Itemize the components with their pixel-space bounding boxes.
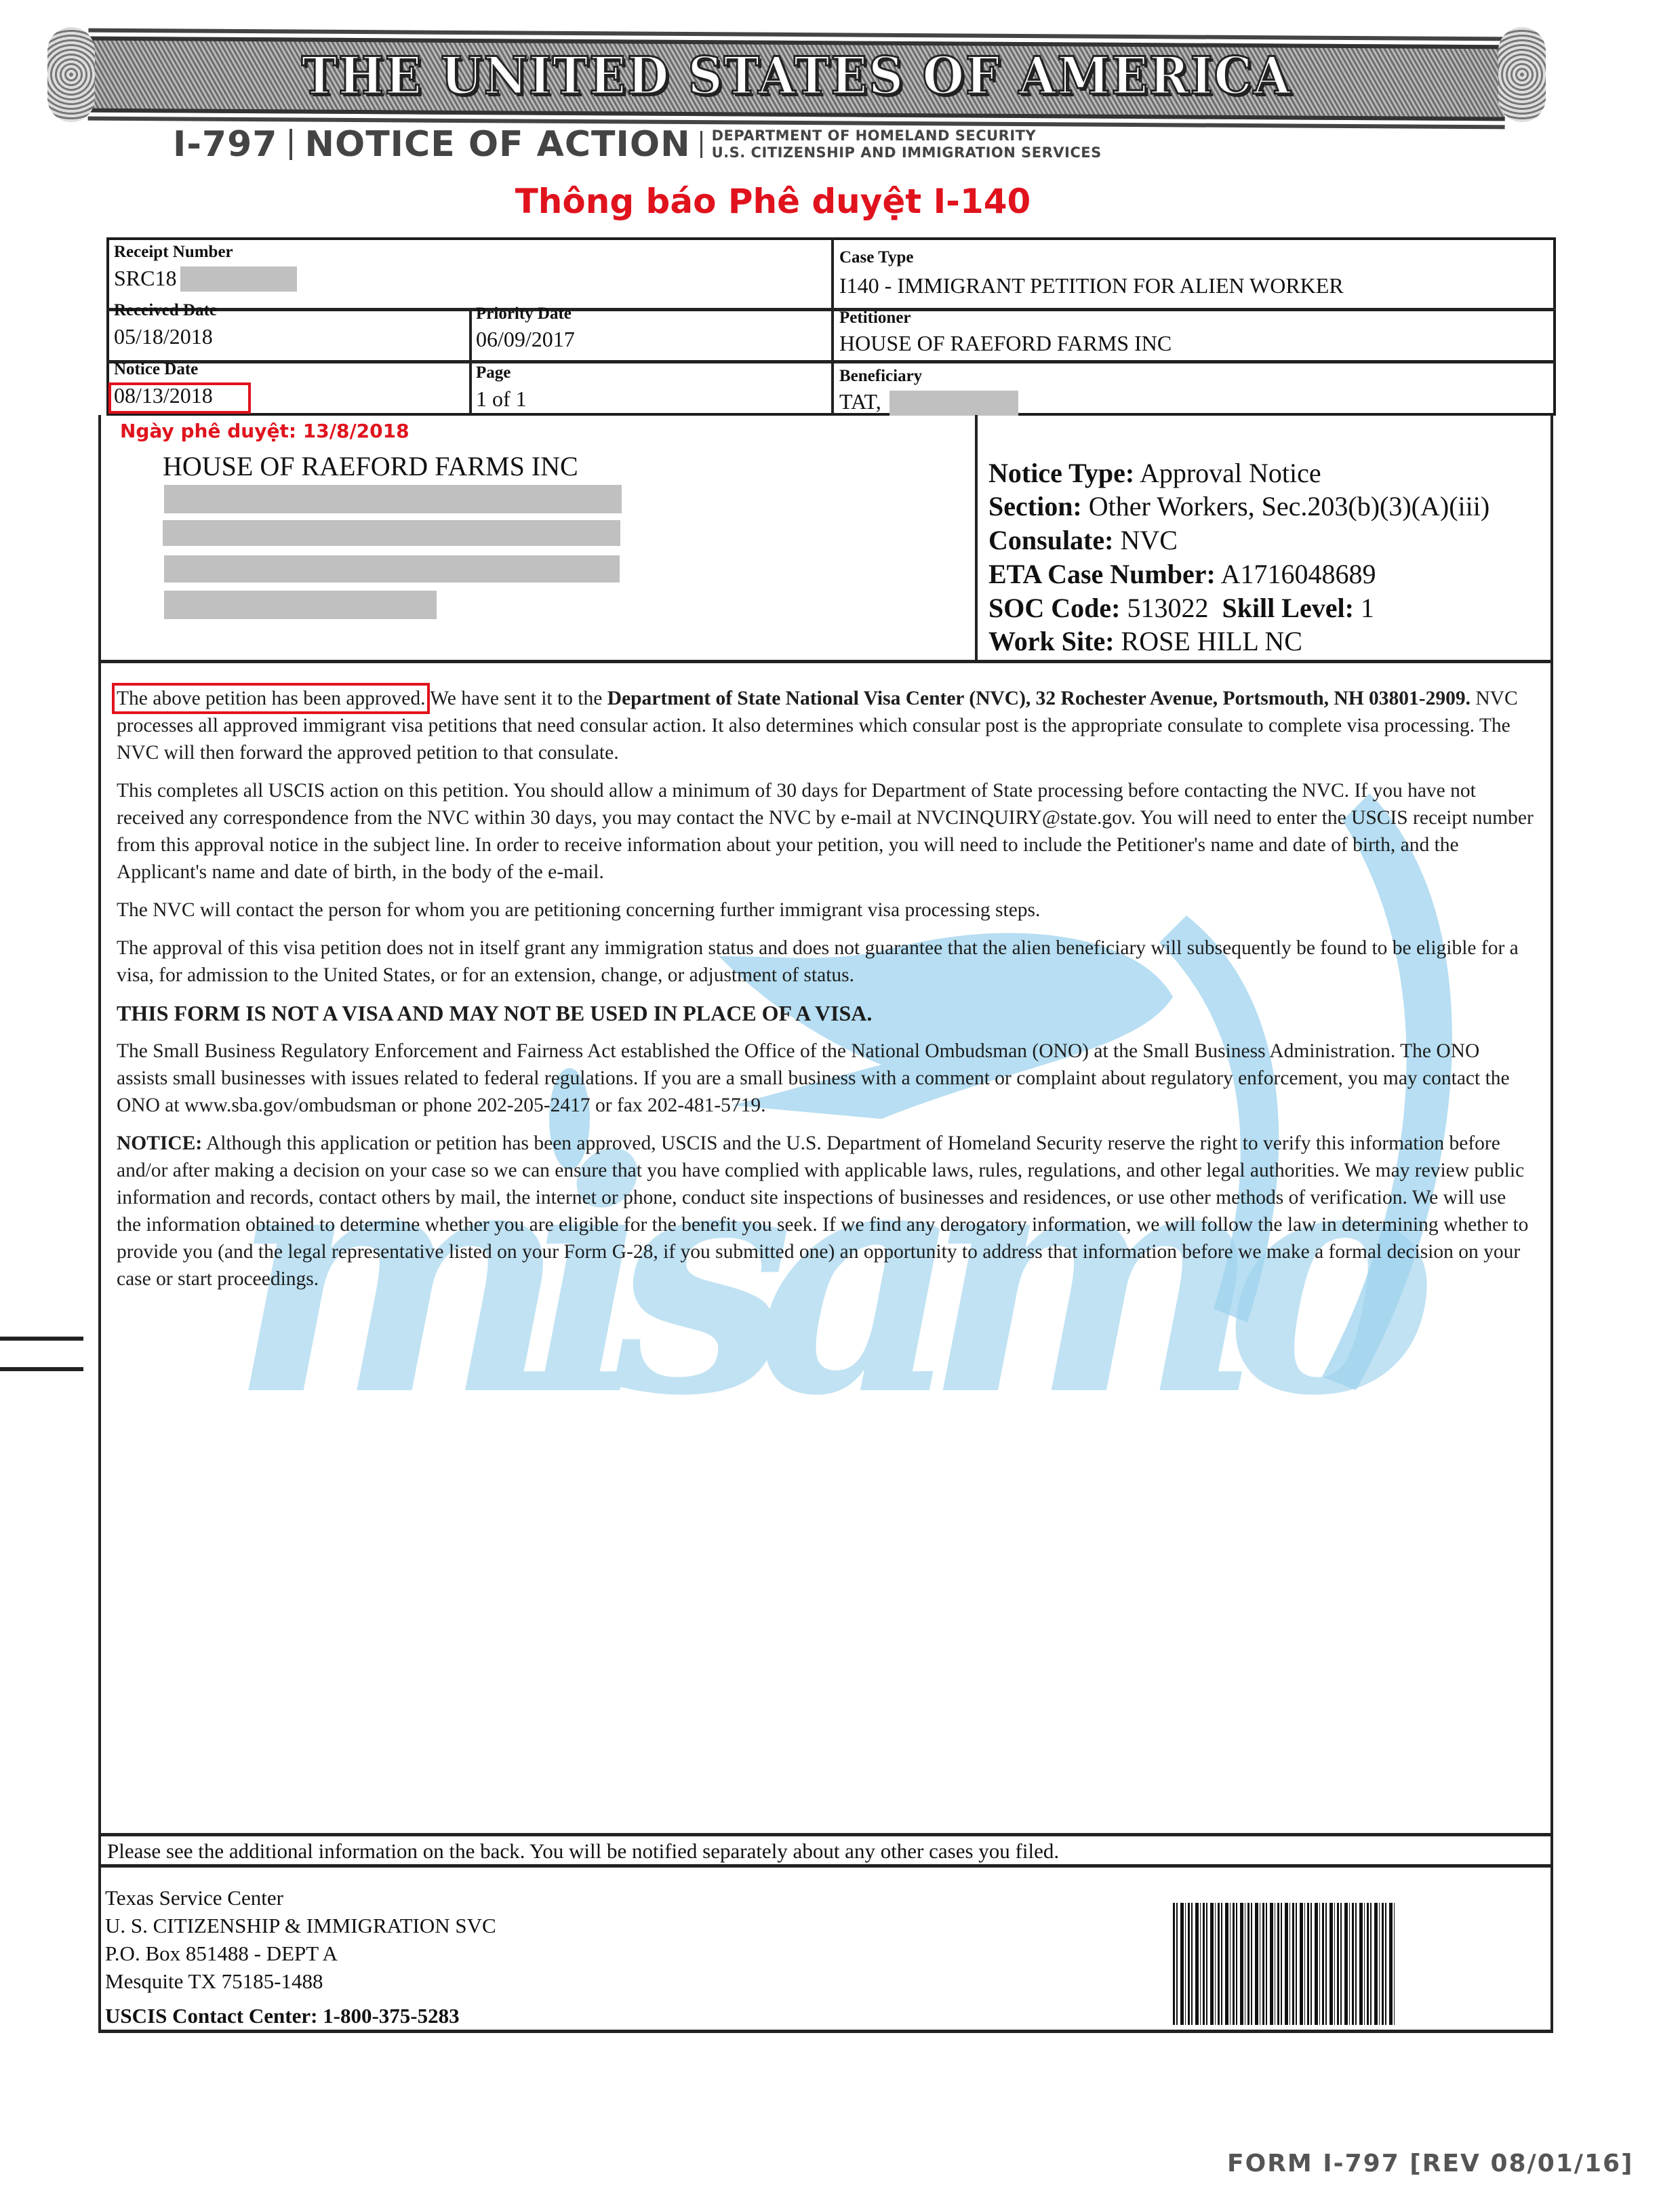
received-date-label: Received Date <box>114 301 217 320</box>
addressee-name: HOUSE OF RAEFORD FARMS INC <box>163 450 578 482</box>
work-site-line: Work Site: ROSE HILL NC <box>988 625 1302 657</box>
priority-date-value: 06/09/2017 <box>476 327 575 352</box>
page-label: Page <box>476 363 511 382</box>
page-value: 1 of 1 <box>476 387 527 412</box>
approval-statement: The above petition has been approved. <box>117 688 425 709</box>
section-line: Section: Other Workers, Sec.203(b)(3)(A)… <box>988 490 1489 522</box>
footer-divider <box>98 1864 1553 1868</box>
paragraph-uscis-action: This completes all USCIS action on this … <box>117 777 1534 886</box>
soc-code-line: SOC Code: 513022 Skill Level: 1 <box>988 592 1374 624</box>
redaction-bar <box>889 391 1018 416</box>
footer-top-line <box>98 1833 1553 1836</box>
margin-mark <box>0 1367 83 1371</box>
us-banner: THE UNITED STATES OF AMERICA <box>47 27 1546 122</box>
petitioner-value: HOUSE OF RAEFORD FARMS INC <box>839 331 1172 356</box>
notice-date-label: Notice Date <box>114 360 198 379</box>
notice-type-line: Notice Type: Approval Notice <box>988 457 1321 489</box>
paragraph-approval: The above petition has been approved. We… <box>117 685 1534 766</box>
margin-mark <box>0 1337 83 1341</box>
banner-title: THE UNITED STATES OF AMERICA <box>169 49 1424 103</box>
redacted-address-line <box>164 485 622 513</box>
redacted-address-line <box>164 555 620 583</box>
service-center-line: Texas Service Center <box>105 1885 283 1912</box>
redaction-bar <box>180 267 297 292</box>
department-line-1: DEPARTMENT OF HOMELAND SECURITY <box>712 127 1102 144</box>
outer-frame-left <box>98 415 101 2032</box>
contact-center: USCIS Contact Center: 1-800-375-5283 <box>105 2004 460 2028</box>
divider <box>289 129 292 160</box>
barcode <box>1173 1903 1395 2025</box>
outer-frame-right <box>1551 415 1553 2032</box>
service-center-line: Mesquite TX 75185-1488 <box>105 1968 323 1995</box>
receipt-number-label: Receipt Number <box>114 243 233 262</box>
form-heading: I-797 NOTICE OF ACTION DEPARTMENT OF HOM… <box>173 121 1102 168</box>
annotation-title: Thông báo Phê duyệt I-140 <box>0 182 1546 221</box>
back-page-note: Please see the additional information on… <box>107 1839 1059 1863</box>
highlight-box-notice-date <box>108 382 251 414</box>
visa-warning: THIS FORM IS NOT A VISA AND MAY NOT BE U… <box>117 1000 1534 1027</box>
eta-case-number-line: ETA Case Number: A1716048689 <box>988 558 1376 590</box>
case-type-value: I140 - IMMIGRANT PETITION FOR ALIEN WORK… <box>839 273 1344 298</box>
redacted-address-line <box>164 591 437 619</box>
paragraph-status-disclaimer: The approval of this visa petition does … <box>117 934 1534 989</box>
banner-ornament-right <box>1498 27 1546 122</box>
form-title: NOTICE OF ACTION <box>304 124 690 165</box>
footer-bottom-line <box>98 2030 1553 2033</box>
divider <box>700 131 702 158</box>
notice-body: The above petition has been approved. We… <box>117 685 1534 1303</box>
paragraph-verification-notice: NOTICE: Although this application or pet… <box>117 1130 1534 1293</box>
redacted-address-line <box>163 520 620 546</box>
receipt-number-value: SRC18 <box>114 266 176 291</box>
priority-date-label: Priority Date <box>476 304 572 323</box>
form-revision: FORM I-797 [REV 08/01/16] <box>1227 2150 1634 2177</box>
beneficiary-label: Beneficiary <box>839 367 922 386</box>
department-line-2: U.S. CITIZENSHIP AND IMMIGRATION SERVICE… <box>712 144 1102 161</box>
received-date-value: 05/18/2018 <box>114 324 213 349</box>
petitioner-label: Petitioner <box>839 309 911 328</box>
consulate-line: Consulate: NVC <box>988 524 1178 556</box>
info-bottom-line <box>98 660 1553 663</box>
approval-date-annotation: Ngày phê duyệt: 13/8/2018 <box>120 420 409 442</box>
banner-ornament-left <box>47 27 95 122</box>
case-type-label: Case Type <box>839 248 914 267</box>
department-block: DEPARTMENT OF HOMELAND SECURITY U.S. CIT… <box>712 127 1102 161</box>
beneficiary-value: TAT, <box>839 389 881 414</box>
form-number: I-797 <box>173 124 277 165</box>
service-center-line: P.O. Box 851488 - DEPT A <box>105 1940 338 1967</box>
paragraph-nvc-contact: The NVC will contact the person for whom… <box>117 896 1534 924</box>
paragraph-ombudsman: The Small Business Regulatory Enforcemen… <box>117 1038 1534 1119</box>
service-center-line: U. S. CITIZENSHIP & IMMIGRATION SVC <box>105 1912 496 1939</box>
info-divider <box>975 415 978 662</box>
